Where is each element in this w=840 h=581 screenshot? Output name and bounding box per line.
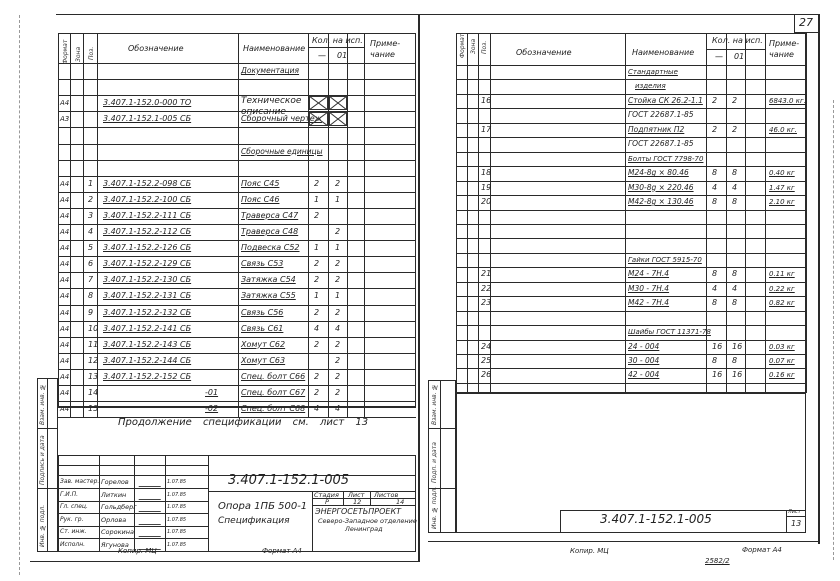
row-qty-01: 8 [732,298,737,308]
row-name: ГОСТ 22687.1-85 [628,139,694,149]
row-name: 30 - 004 [628,356,659,366]
row-pos: 12 [88,356,98,366]
row-pos: 23 [481,298,491,308]
row-format: А4 [60,211,69,221]
row-qty-01: 8 [732,269,737,279]
signer-date: 1.07.85 [167,516,186,524]
row-name: Связь С53 [241,259,283,269]
row-qty-base: 2 [314,388,319,398]
row-name: Хомут С62 [241,340,285,350]
row-format: А4 [60,388,69,398]
col-note-header-r: Приме-чание [769,38,805,60]
side-label-sign-date-r: Подп. и дата [431,435,438,483]
row-note: 0.82 кг [769,298,795,308]
row-format: А4 [60,308,69,318]
row-name: Связь С56 [241,308,283,318]
row-format: А4 [60,372,69,382]
row-qty-base: 8 [712,168,717,178]
row-name: 24 - 004 [628,342,659,352]
sheet-value: 12 [353,498,361,506]
row-name: М30 - 7Н.4 [628,284,669,294]
row-format: А4 [60,195,69,205]
row-note: 46.0 кг. [769,125,797,135]
row-qty-base: 8 [712,298,717,308]
row-qty-base: 2 [712,125,717,135]
row-qty-01: 2 [335,388,340,398]
row-pos: 21 [481,269,491,279]
row-qty-base: 8 [712,197,717,207]
row-designation: 3.407.1-152.2-132 СБ [103,308,191,318]
row-designation: 3.407.1-152.1-005 СБ [103,114,191,124]
row-designation: 3.407.1-152.2-143 СБ [103,340,191,350]
row-name: изделия [635,81,666,91]
signer-role: Исполн. [60,541,85,549]
row-name: Пояс С46 [241,195,279,205]
row-designation: -01 [205,388,218,398]
left-footer-format: Формат А4 [262,546,302,556]
signer-date: 1.07.85 [167,528,186,536]
row-qty-01: 2 [732,125,737,135]
row-pos: 13 [88,372,98,382]
signer-date: 1.07.85 [167,503,186,511]
left-doc-code: 3.407.1-152.1-005 [228,476,349,486]
row-pos: 7 [88,275,93,285]
row-name: Затяжка С55 [241,291,296,301]
row-format: А4 [60,227,69,237]
col-format-header-r: Формат [459,36,466,58]
signer-name: Гольдберг [101,503,137,511]
row-pos: 18 [481,168,491,178]
row-name: М24 - 7Н.4 [628,269,669,279]
col-qty-base-r: — [715,52,723,62]
signature-mark [139,479,164,487]
row-designation: 3.407.1-152.2-141 СБ [103,324,191,334]
row-designation: 3.407.1-152.2-111 СБ [103,211,191,221]
row-qty-base: 2 [314,308,319,318]
row-designation: 3.407.1-152.2-152 СБ [103,372,191,382]
row-qty-base: 2 [314,211,319,221]
right-sheet-label: Лист [788,509,801,515]
row-pos: 22 [481,284,491,294]
row-format: А4 [60,275,69,285]
row-qty-base: 1 [314,195,319,205]
row-designation: 3.407.1-152.2-130 СБ [103,275,191,285]
row-name: Спец. болт С66 [241,372,305,382]
right-footer-copy: Копир. МЦ [570,546,609,556]
row-name: Спец. болт С67 [241,388,305,398]
row-qty-01: 8 [732,197,737,207]
row-pos: 25 [481,356,491,366]
signer-role: Рук. гр. [60,516,83,524]
row-name: Шайбы ГОСТ 11371-78 [628,327,711,337]
row-qty-base: 16 [712,370,722,380]
row-pos: 17 [481,125,491,135]
row-format: А4 [60,243,69,253]
row-designation: 3.407.1-152.2-131 СБ [103,291,191,301]
signer-role: Ст. инж. [60,528,87,536]
row-name: ГОСТ 22687.1-85 [628,110,694,120]
row-name: М42 - 7Н.4 [628,298,669,308]
signature-mark [139,492,164,500]
row-pos: 3 [88,211,93,221]
row-pos: 1 [88,179,93,189]
row-qty-base: 16 [712,342,722,352]
row-qty-base: 4 [314,324,319,334]
right-page: 27 Стандартныеизделия16Стойка СК 26.2-1.… [420,0,840,581]
row-qty-01: 8 [732,356,737,366]
row-name: Хомут С63 [241,356,285,366]
sheets-value: 14 [396,498,404,506]
row-qty-01: 2 [335,372,340,382]
signer-role: Гл. спец. [60,503,88,511]
row-qty-01: 2 [732,96,737,106]
cross-mark-icon [309,96,328,110]
row-qty-01: 16 [732,342,742,352]
side-label-inv-orig-r: Инв. № подл. [431,493,438,529]
row-name: Сборочные единицы [241,147,323,157]
row-designation: 3.407.1-152.2-129 СБ [103,259,191,269]
row-qty-01: 2 [335,275,340,285]
col-designation-header-r: Обозначение [516,48,572,58]
row-name: Траверса С47 [241,211,298,221]
row-qty-01: 2 [335,340,340,350]
col-name-header-r: Наименование [632,48,694,58]
row-note: 6843.0 кг. [769,96,806,106]
org-city: Ленинград [345,525,383,533]
row-qty-base: 2 [314,275,319,285]
archive-ref: 2582/2 [705,556,730,566]
right-footer-format: Формат А4 [742,545,782,555]
row-pos: 19 [481,183,491,193]
side-label-replace-inv-r: Взам. инв. № [431,385,438,425]
row-pos: 20 [481,197,491,207]
left-footer-copy: Копир. МЦ [118,546,157,556]
row-qty-base: 2 [314,179,319,189]
row-format: А4 [60,340,69,350]
row-pos: 11 [88,340,98,350]
left-page: ДокументацияА43.407.1-152.0-000 ТОТехнич… [0,0,420,581]
row-designation: 3.407.1-152.2-100 СБ [103,195,191,205]
sheets-label: Листов [374,491,398,499]
product-title: Опора 1ПБ 500-1 [218,502,307,512]
cross-mark-icon [329,96,347,110]
row-note: 1.47 кг [769,183,795,193]
row-name: Пояс С45 [241,179,279,189]
cross-mark-icon [309,112,328,126]
right-doc-code: 3.407.1-152.1-005 [600,514,712,524]
row-pos: 9 [88,308,93,318]
row-qty-base: 2 [314,259,319,269]
row-qty-base: 2 [314,372,319,382]
row-qty-01: 4 [732,284,737,294]
row-qty-base: 8 [712,356,717,366]
signer-date: 1.07.85 [167,541,186,549]
col-qty-01: 01 [337,51,347,61]
col-qty-header-r: Кол. на исп. [712,36,763,46]
col-qty-base: — [318,51,326,61]
row-format: А3 [60,114,69,124]
row-qty-01: 4 [732,183,737,193]
row-designation: 3.407.1-152.2-098 СБ [103,179,191,189]
row-format: А4 [60,324,69,334]
row-pos: 2 [88,195,93,205]
col-name-header: Наименование [243,44,305,54]
row-pos: 5 [88,243,93,253]
row-name: Стандартные [628,67,678,77]
col-format-header: Формат [62,38,69,64]
row-qty-01: 2 [335,227,340,237]
row-qty-base: 2 [712,96,717,106]
col-designation-header: Обозначение [128,44,184,54]
row-name: Связь С61 [241,324,283,334]
row-pos: 10 [88,324,98,334]
row-name: Болты ГОСТ 7798-70 [628,154,703,164]
row-qty-base: 4 [712,284,717,294]
row-pos: 4 [88,227,93,237]
row-designation: 3.407.1-152.2-126 СБ [103,243,191,253]
row-pos: 16 [481,96,491,106]
row-name: Стойка СК 26.2-1.1 [628,96,703,106]
signature-mark [139,504,164,512]
signer-role: Г.И.П. [60,491,78,499]
row-qty-01: 4 [335,324,340,334]
row-note: 0.16 кг [769,370,795,380]
row-name: Траверса С48 [241,227,298,237]
row-format: А4 [60,259,69,269]
row-format: А4 [60,291,69,301]
stage-value: Р [325,498,329,506]
row-pos: 14 [88,388,98,398]
col-pos-header: Поз. [88,42,95,60]
row-note: 0.40 кг [769,168,795,178]
row-pos: 26 [481,370,491,380]
row-designation: 3.407.1-152.0-000 ТО [103,98,191,108]
row-note: 0.11 кг [769,269,795,279]
row-name: М30-8g × 220.46 [628,183,694,193]
row-note: 0.22 кг [769,284,795,294]
row-designation: 3.407.1-152.2-144 СБ [103,356,191,366]
row-name: Подпятник П2 [628,125,684,135]
signature-mark [139,517,164,525]
signer-date: 1.07.85 [167,491,186,499]
row-qty-base: 4 [712,183,717,193]
row-qty-base: 1 [314,291,319,301]
row-designation: 3.407.1-152.2-112 СБ [103,227,191,237]
row-qty-01: 2 [335,259,340,269]
side-label-replace-inv: Взам. инв. № [39,383,46,425]
row-qty-01: 1 [335,243,340,253]
row-name: Гайки ГОСТ 5915-70 [628,255,702,265]
row-qty-01: 1 [335,291,340,301]
col-qty-header: Кол. на исп. [312,36,363,46]
row-name: М24-8g × 80.46 [628,168,689,178]
row-pos: 8 [88,291,93,301]
row-name: 42 - 004 [628,370,659,380]
row-name: Документация [241,66,299,76]
row-format: А4 [60,98,69,108]
signature-mark [139,529,164,537]
row-qty-base: 1 [314,243,319,253]
signer-name: Горелов [101,478,129,486]
col-pos-header-r: Поз. [481,38,488,54]
row-format: А4 [60,356,69,366]
row-qty-01: 2 [335,179,340,189]
col-qty-01-r: 01 [734,52,744,62]
row-qty-base: 8 [712,269,717,279]
col-zone-header: Зона [75,40,82,62]
row-qty-01: 2 [335,308,340,318]
row-pos: 24 [481,342,491,352]
row-qty-01: 1 [335,195,340,205]
row-note: 2.10 кг [769,197,795,207]
row-name: М42-8g × 130.46 [628,197,694,207]
cross-mark-icon [329,112,347,126]
signer-date: 1.07.85 [167,478,186,486]
sheet-number: 27 [799,18,813,28]
col-note-header: Приме-чание [370,38,406,60]
row-qty-base: 2 [314,340,319,350]
row-qty-01: 2 [335,356,340,366]
signer-name: Сорокина [101,528,134,536]
row-note: 0.07 кг [769,356,795,366]
org-name: ЭНЕРГОСЕТЬПРОЕКТ [315,507,401,517]
right-sheet-value: 13 [791,519,801,529]
side-label-inv-orig: Инв. № подл. [39,495,46,547]
row-name: Затяжка С54 [241,275,296,285]
col-zone-header-r: Зона [470,36,477,54]
signer-name: Орлова [101,516,126,524]
continuation-note: Продолжение спецификации см. лист 13 [118,418,368,428]
row-format: А4 [60,179,69,189]
row-qty-01: 8 [732,168,737,178]
row-name: Подвеска С52 [241,243,300,253]
document-type: Спецификация [218,516,290,526]
row-qty-01: 16 [732,370,742,380]
org-branch: Северо-Западное отделение [318,517,417,525]
signer-name: Литкин [101,491,126,499]
side-label-sign-date: Подпись и дата [39,433,46,485]
row-pos: 6 [88,259,93,269]
signer-role: Зав. мастер. [60,478,99,486]
row-note: 0.03 кг [769,342,795,352]
